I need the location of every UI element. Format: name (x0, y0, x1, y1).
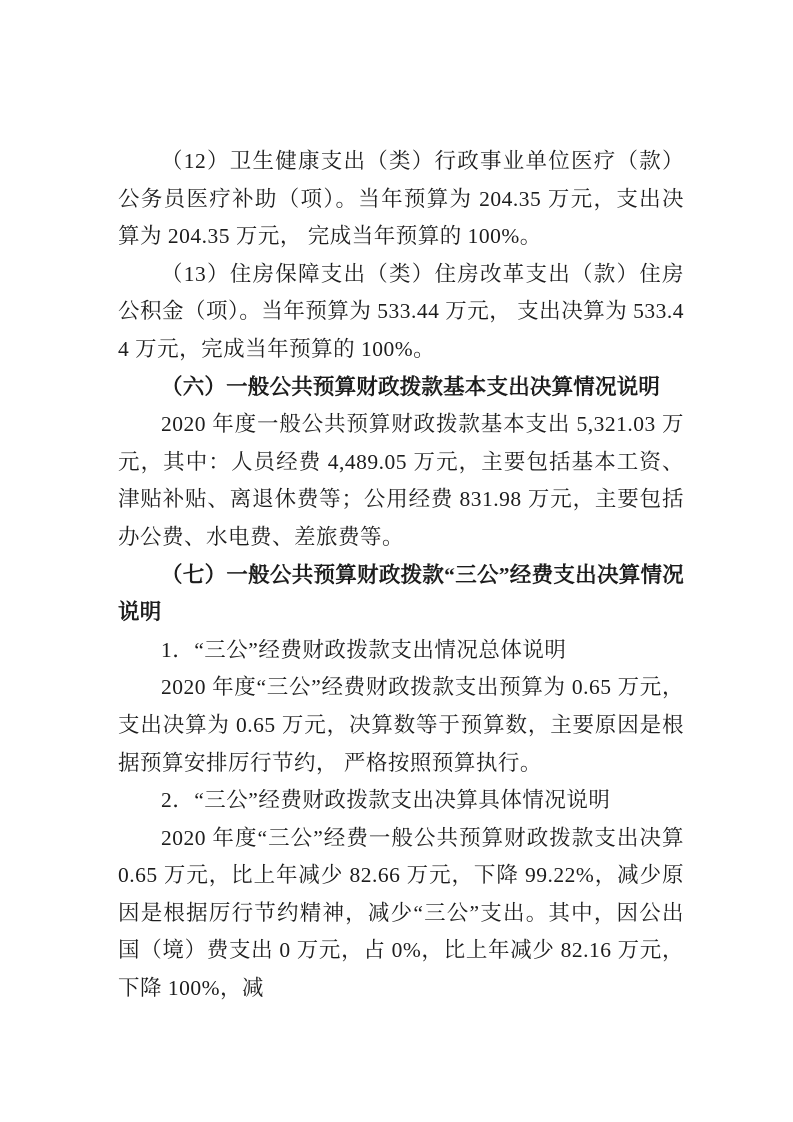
paragraph-basic-expenditure: 2020 年度一般公共预算财政拨款基本支出 5,321.03 万元，其中：人员经… (118, 406, 684, 556)
document-page: （12）卫生健康支出（类）行政事业单位医疗（款）公务员医疗补助（项）。当年预算为… (0, 0, 793, 1122)
section-heading-basic-expenditure: （六）一般公共预算财政拨款基本支出决算情况说明 (118, 369, 684, 407)
paragraph-overall-explanation: 2020 年度“三公”经费财政拨款支出预算为 0.65 万元， 支出决算为 0.… (118, 669, 684, 782)
paragraph-item-12-health: （12）卫生健康支出（类）行政事业单位医疗（款）公务员医疗补助（项）。当年预算为… (118, 143, 684, 256)
paragraph-specific-explanation: 2020 年度“三公”经费一般公共预算财政拨款支出决算 0.65 万元，比上年减… (118, 820, 684, 1008)
document-text-block: （12）卫生健康支出（类）行政事业单位医疗（款）公务员医疗补助（项）。当年预算为… (118, 143, 684, 1008)
paragraph-item-13-housing: （13）住房保障支出（类）住房改革支出（款）住房公积金（项）。当年预算为 533… (118, 256, 684, 369)
subheading-overall-explanation: 1．“三公”经费财政拨款支出情况总体说明 (118, 632, 684, 670)
subheading-specific-explanation: 2．“三公”经费财政拨款支出决算具体情况说明 (118, 782, 684, 820)
section-heading-three-public-funds: （七）一般公共预算财政拨款“三公”经费支出决算情况说明 (118, 557, 684, 632)
